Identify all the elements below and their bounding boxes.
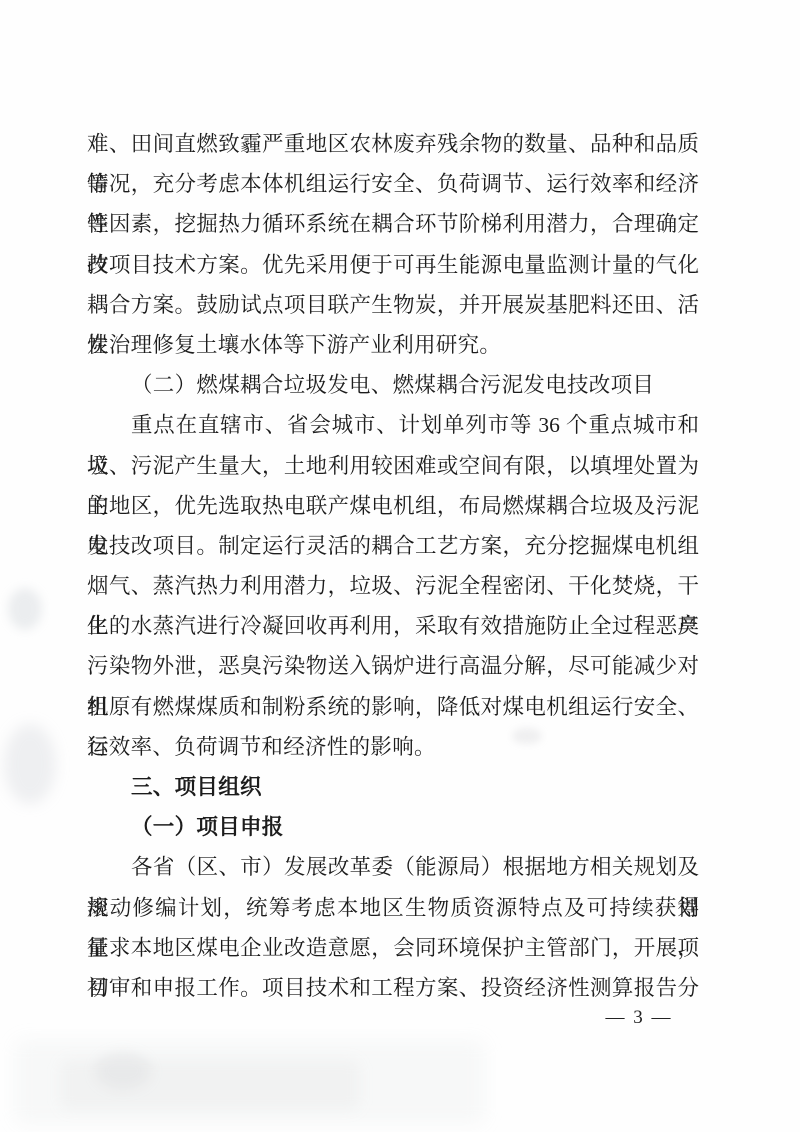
subsection-heading-1: （一）项目申报	[87, 807, 699, 847]
text-line: 圾、污泥产生量大，土地利用较困难或空间有限，以填埋处置为主	[87, 446, 699, 486]
page-number: — 3 —	[600, 1004, 678, 1032]
document-text-block: 难、田间直燃致霾严重地区农林废弃残余物的数量、品种和品质等 情况，充分考虑本体机…	[87, 124, 699, 1008]
text-line: 情况，充分考虑本体机组运行安全、负荷调节、运行效率和经济性	[87, 164, 699, 204]
text-line: 污染物外泄，恶臭污染物送入锅炉进行高温分解，尽可能减少对机	[87, 646, 699, 686]
text-line: 生的水蒸汽进行冷凝回收再利用，采取有效措施防止全过程恶臭	[87, 606, 699, 646]
text-line: 行效率、负荷调节和经济性的影响。	[87, 727, 699, 767]
text-line: 重点在直辖市、省会城市、计划单列市等 36 个重点城市和垃	[87, 405, 699, 445]
text-line: 等因素，挖掘热力循环系统在耦合环节阶梯利用潜力，合理确定技	[87, 204, 699, 244]
text-line: 难、田间直燃致霾严重地区农林废弃残余物的数量、品种和品质等	[87, 124, 699, 164]
text-line: 电技改项目。制定运行灵活的耦合工艺方案，充分挖掘煤电机组	[87, 526, 699, 566]
section-heading-3: 三、项目组织	[87, 767, 699, 807]
text-line: 滚动修编计划，统筹考虑本地区生物质资源特点及可持续获得量，	[87, 888, 699, 928]
text-line: 耦合方案。鼓励试点项目联产生物炭，并开展炭基肥料还田、活性	[87, 285, 699, 325]
scan-smudge	[8, 588, 42, 630]
scan-smudge	[4, 724, 56, 804]
text-line: 征求本地区煤电企业改造意愿，会同环境保护主管部门，开展项目	[87, 928, 699, 968]
text-line: 烟气、蒸汽热力利用潜力，垃圾、污泥全程密闭、干化焚烧，干化产	[87, 566, 699, 606]
text-line: 改项目技术方案。优先采用便于可再生能源电量监测计量的气化	[87, 245, 699, 285]
text-line: 各省（区、市）发展改革委（能源局）根据地方相关规划及规划	[87, 847, 699, 887]
text-line: 组原有燃煤煤质和制粉系统的影响，降低对煤电机组运行安全、运	[87, 687, 699, 727]
scan-smudge	[95, 1052, 151, 1090]
text-line: 初审和申报工作。项目技术和工程方案、投资经济性测算报告分	[87, 968, 699, 1008]
scan-bleedthrough	[15, 1040, 485, 1124]
text-line: 炭治理修复土壤水体等下游产业利用研究。	[87, 325, 699, 365]
subsection-heading-2: （二）燃煤耦合垃圾发电、燃煤耦合污泥发电技改项目	[87, 365, 699, 405]
text-line: 的地区，优先选取热电联产煤电机组，布局燃煤耦合垃圾及污泥发	[87, 486, 699, 526]
scan-bleedthrough	[60, 1060, 360, 1110]
scanned-document-page: 难、田间直燃致霾严重地区农林废弃残余物的数量、品种和品质等 情况，充分考虑本体机…	[0, 0, 800, 1132]
